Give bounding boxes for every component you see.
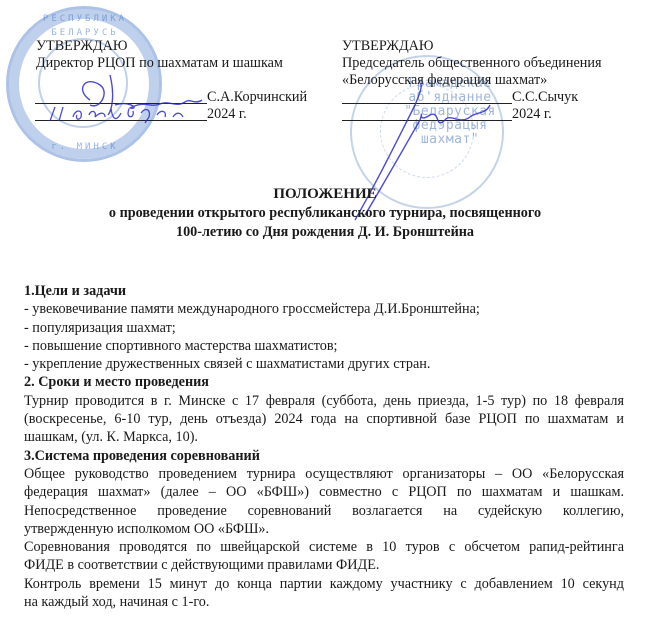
document-title: ПОЛОЖЕНИЕ о проведении открытого республ… [0,184,650,242]
paragraph-line: Турнир проводится в г. Минске с 17 февра… [24,392,624,410]
signature-blank [35,89,207,104]
stamp-left-text-top: РЕСПУБЛИКА БЕЛАРУСЬ [20,12,150,40]
title-main: ПОЛОЖЕНИЕ [0,184,650,204]
paragraph-line: Общее руководство проведением турнира ос… [24,465,624,483]
signature-line: С.А.Корчинский [36,89,326,106]
approval-position: Директор РЦОП по шахматам и шашкам [36,55,326,72]
signer-name: С.А.Корчинский [207,89,307,106]
approval-organization: «Белорусская федерация шахмат» [342,72,647,89]
section-3-heading: 3.Система проведения соревнований [24,447,624,465]
list-item: - увековечивание памяти международного г… [24,300,624,318]
date-line: 2024 г. [36,106,326,123]
list-item: - укрепление дружественных связей с шахм… [24,355,624,373]
paragraph-line: ФИДЕ в соответствии с действующими прави… [24,556,624,574]
list-item: - популяризация шахмат; [24,319,624,337]
section-1-heading: 1.Цели и задачи [24,282,624,300]
paragraph-line: утвержденную исполкомом ОО «БФШ». [24,520,624,538]
approval-heading: УТВЕРЖДАЮ [342,38,647,55]
document-body: 1.Цели и задачи - увековечивание памяти … [24,282,624,611]
title-subtitle-line1: о проведении открытого республиканского … [0,204,650,223]
date-blank [35,106,207,121]
paragraph-line: на каждый ход, начиная с 1-го. [24,593,624,611]
paragraph-line: (воскресенье, 6-10 тур, день отъезда) 20… [24,410,624,428]
paragraph-line: Контроль времени 15 минут до конца парти… [24,575,624,593]
stamp-left-text-bottom: г. МИНСК [20,140,150,154]
approval-block-right: УТВЕРЖДАЮ Председатель общественного объ… [342,38,647,123]
approval-block-left: УТВЕРЖДАЮ Директор РЦОП по шахматам и ша… [36,38,326,123]
paragraph-line: федерация шахмат» (далее – ОО «БФШ») сов… [24,483,624,501]
signature-blank [342,89,512,104]
signer-name: С.С.Сычук [512,89,578,106]
paragraph-line: шашкам, (ул. К. Маркса, 10). [24,428,624,446]
stamp-line: шахмат" [395,133,505,147]
paragraph-line: Соревнования проводятся по швейцарской с… [24,538,624,556]
section-2-heading: 2. Сроки и место проведения [24,373,624,391]
title-subtitle-line2: 100-летию со Дня рождения Д. И. Бронштей… [0,223,650,242]
approval-position: Председатель общественного объединения [342,55,647,72]
signature-line: С.С.Сычук [342,89,647,106]
date-year: 2024 г. [512,106,552,123]
date-blank [342,106,512,121]
list-item: - повышение спортивного мастерства шахма… [24,337,624,355]
date-year: 2024 г. [207,106,247,123]
date-line: 2024 г. [342,106,647,123]
paragraph-line: Непосредственное проведение соревнований… [24,502,624,520]
approval-heading: УТВЕРЖДАЮ [36,38,326,55]
